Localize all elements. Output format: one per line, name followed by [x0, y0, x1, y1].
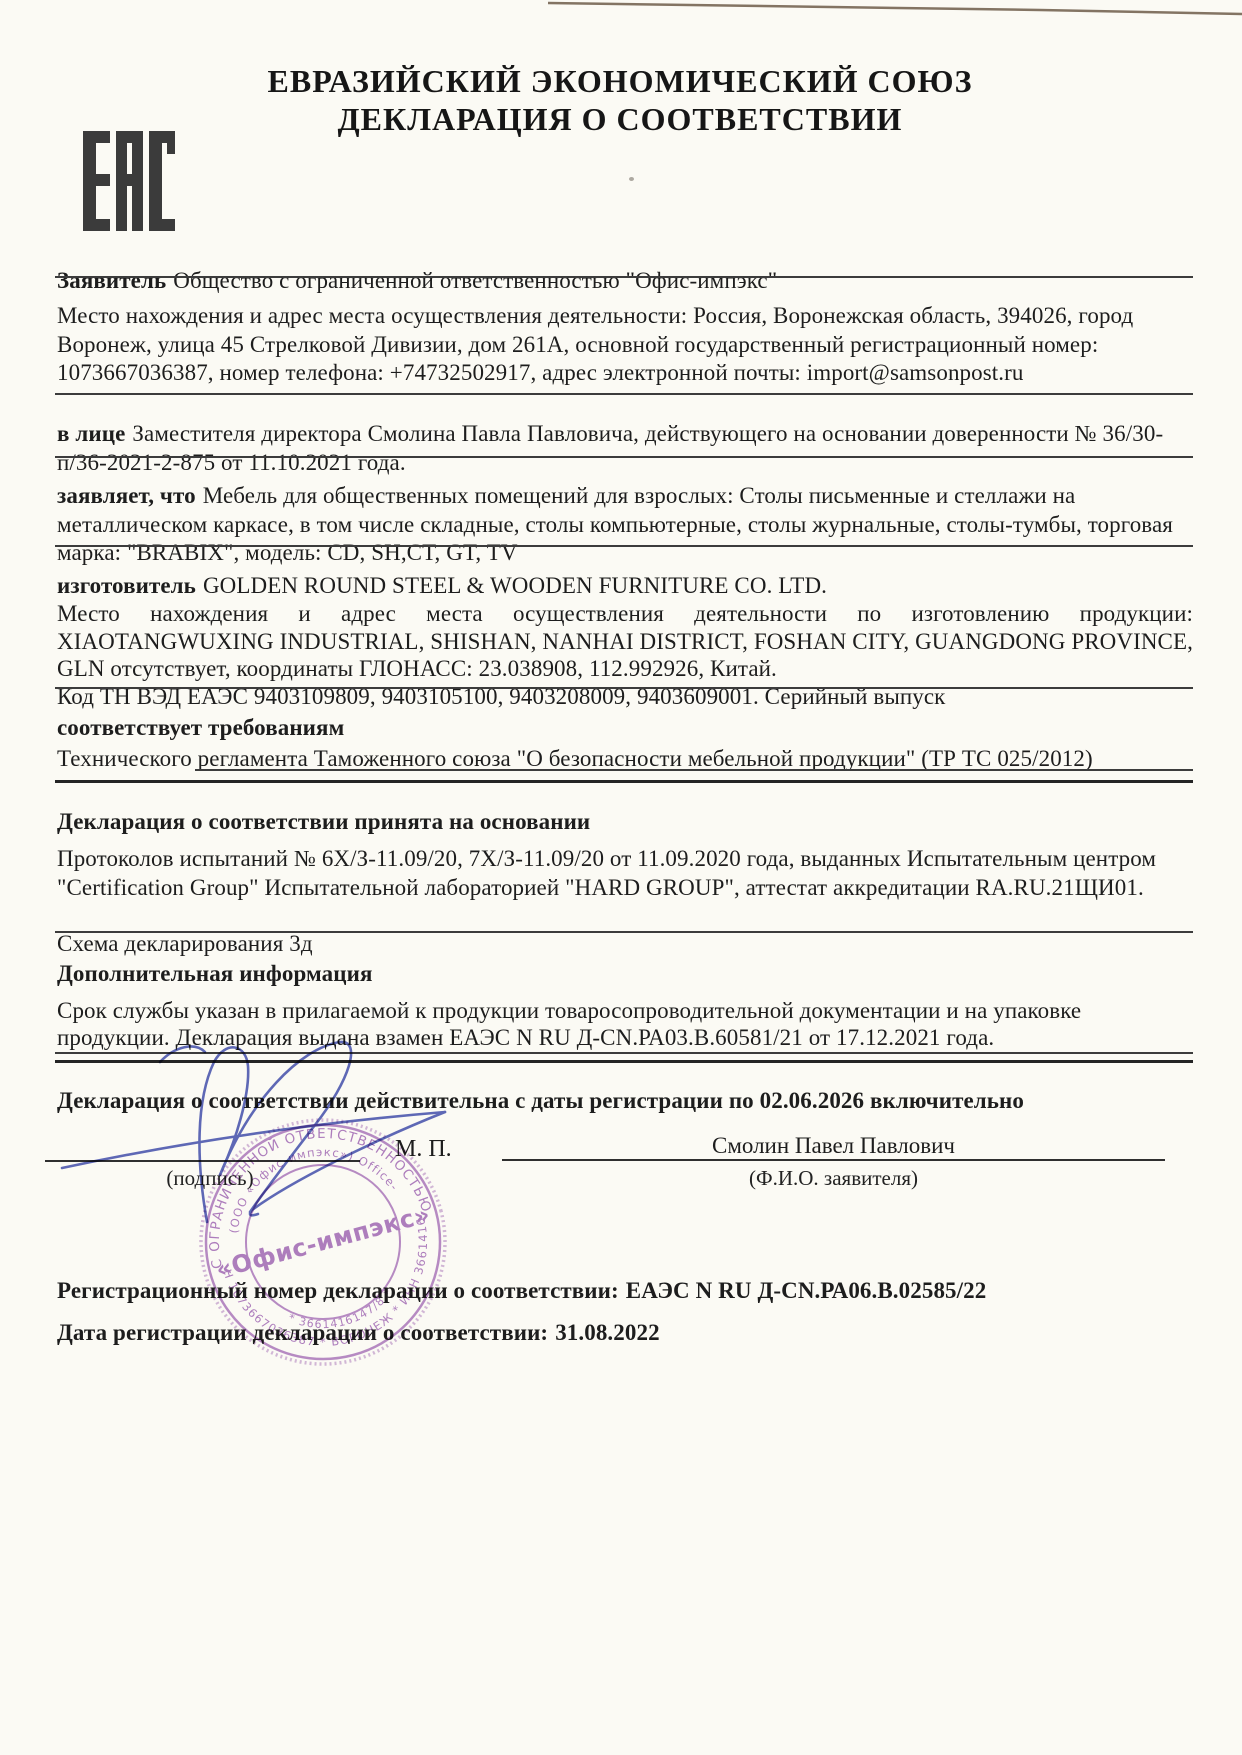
person-row: в лицеЗаместителя директора Смолина Павл… [57, 419, 1193, 477]
divider [55, 545, 1193, 547]
manufacturer-value: GOLDEN ROUND STEEL & WOODEN FURNITURE CO… [203, 573, 827, 598]
divider [55, 456, 1193, 458]
handwritten-signature [35, 1028, 495, 1238]
divider [55, 780, 1193, 783]
person-label: в лице [57, 421, 132, 446]
applicant-value: Общество с ограниченной ответственностью… [173, 268, 777, 293]
declares-row: заявляет, чтоМебель для общественных пом… [57, 482, 1193, 568]
signer-name-line [502, 1159, 1165, 1161]
divider [55, 393, 1193, 395]
title-line-2: ДЕКЛАРАЦИЯ О СООТВЕТСТВИИ [57, 100, 1183, 138]
person-value: Заместителя директора Смолина Павла Павл… [57, 421, 1163, 475]
basis-heading: Декларация о соответствии принята на осн… [57, 807, 1193, 836]
title-line-1: ЕВРАЗИЙСКИЙ ЭКОНОМИЧЕСКИЙ СОЮЗ [57, 62, 1183, 100]
scan-speck [629, 177, 634, 181]
divider [195, 769, 1193, 771]
declares-label: заявляет, что [57, 483, 203, 508]
scheme-line: Схема декларирования 3д [57, 929, 1193, 958]
additional-heading: Дополнительная информация [57, 959, 1193, 988]
doc-title: ЕВРАЗИЙСКИЙ ЭКОНОМИЧЕСКИЙ СОЮЗ ДЕКЛАРАЦИ… [57, 62, 1183, 138]
divider [55, 276, 1193, 278]
scan-edge-artifact [0, 0, 1242, 22]
divider [55, 931, 1193, 933]
applicant-row: ЗаявительОбщество с ограниченной ответст… [57, 266, 1193, 295]
declares-value: Мебель для общественных помещений для вз… [57, 483, 1173, 565]
applicant-label: Заявитель [57, 268, 173, 293]
basis-text: Протоколов испытаний № 6Х/З-11.09/20, 7Х… [57, 845, 1193, 902]
eac-logo [83, 131, 175, 231]
registration-number-value: ЕАЭС N RU Д-CN.РА06.В.02585/22 [626, 1278, 987, 1303]
registration-date-value: 31.08.2022 [555, 1320, 660, 1345]
manufacturer-label: изготовитель [57, 573, 203, 598]
document-page: ЕВРАЗИЙСКИЙ ЭКОНОМИЧЕСКИЙ СОЮЗ ДЕКЛАРАЦИ… [0, 0, 1242, 1755]
divider [55, 687, 1193, 689]
signer-name-caption: (Ф.И.О. заявителя) [502, 1166, 1165, 1191]
conformity-heading: соответствует требованиям [57, 713, 1193, 742]
manufacturer-address: Место нахождения и адрес места осуществл… [57, 600, 1193, 683]
signer-name: Смолин Павел Павлович [502, 1133, 1165, 1159]
manufacturer-row: изготовительGOLDEN ROUND STEEL & WOODEN … [57, 571, 1193, 600]
conformity-text: Технического регламента Таможенного союз… [57, 745, 1193, 772]
applicant-address: Место нахождения и адрес места осуществл… [57, 302, 1193, 388]
